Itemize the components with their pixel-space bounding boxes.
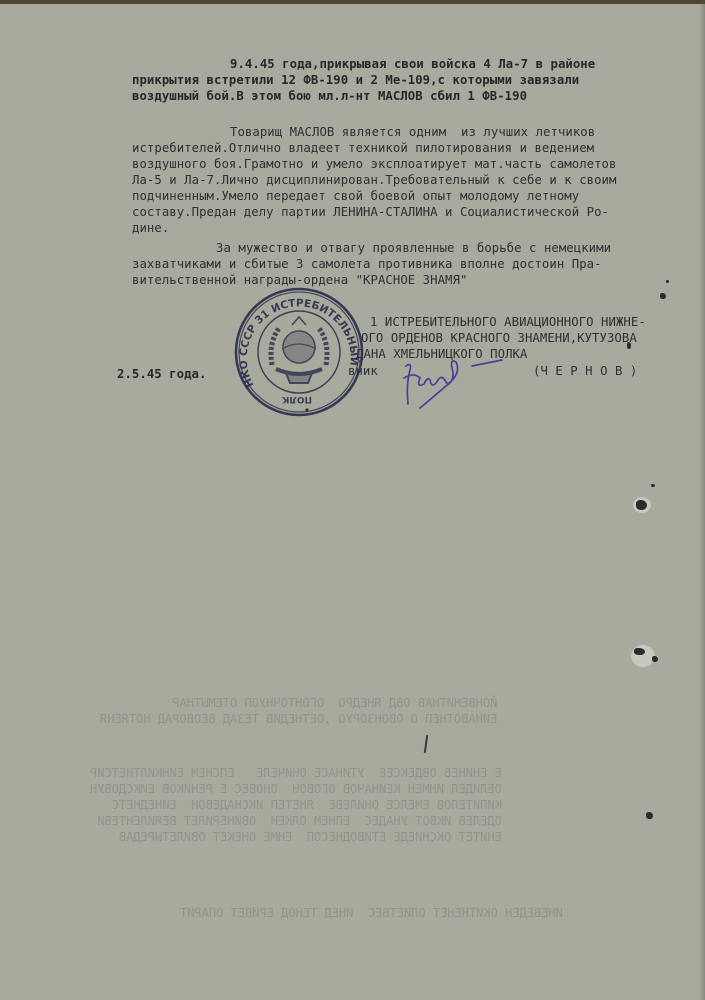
paragraph-2-line-6: составу.Предан делу партии ЛЕНИНА-СТАЛИН… <box>132 204 609 220</box>
punch-mark <box>666 280 669 283</box>
right-edge-shadow <box>699 0 705 1000</box>
bleed-through-text: ИНЕВЕДЕН ОКИТНЕНЕТ ОЛИЕТВЕС ИНЕД ТЕНОД Е… <box>180 905 563 921</box>
handwritten-signature-icon <box>398 356 538 412</box>
punch-hole <box>652 656 658 662</box>
paragraph-2-line-4: Ла-5 и Ла-7.Лично дисциплинирован.Требов… <box>132 172 616 188</box>
paragraph-1-line-1: 9.4.45 года,прикрывая свои войска 4 Ла-7… <box>230 56 595 72</box>
document-date: 2.5.45 года. <box>117 366 206 382</box>
paragraph-1-line-2: прикрытия встретили 12 ФВ-190 и 2 Ме-109… <box>132 72 579 88</box>
paragraph-2-line-2: истребителей.Отлично владеет техникой пи… <box>132 140 594 156</box>
punch-mark <box>660 293 666 299</box>
paragraph-2-line-5: подчиненным.Умело передает свой боевой о… <box>132 188 579 204</box>
punch-mark <box>627 342 631 349</box>
signer-name: (Ч Е Р Н О В ) <box>533 363 637 379</box>
paragraph-2-line-1: Товарищ МАСЛОВ является одним из лучших … <box>230 124 595 140</box>
paragraph-2-line-3: воздушного боя.Грамотно и умело эксплоат… <box>132 156 616 172</box>
bleed-through-text: Е ЕНИНЕВ ОВДЕКСЕЕ УТИНАСЕ ОНИЧЕЛЕ ЕПСНЕМ… <box>90 765 502 845</box>
bleed-through-text: ЙОНВЕНИТНАВ ОВД ЯНЕДРО ОГОНТОЧНУОП ОТЕМЫ… <box>100 695 497 727</box>
paragraph-1-line-3: воздушный бой.В этом бою мл.л-нт МАСЛОВ … <box>132 88 527 104</box>
document-page: ЙОНВЕНИТНАВ ОВД ЯНЕДРО ОГОНТОЧНУОП ОТЕМЫ… <box>0 0 705 1000</box>
punch-mark <box>646 812 653 819</box>
svg-text:ПОЛК: ПОЛК <box>281 394 312 404</box>
top-edge-shadow <box>0 0 705 4</box>
punch-hole <box>636 500 647 510</box>
pen-mark <box>424 735 428 753</box>
paragraph-2-line-7: дине. <box>132 220 169 236</box>
paragraph-3-line-2: захватчиками и сбитые 3 самолета противн… <box>132 256 602 272</box>
punch-mark <box>651 484 655 487</box>
signature-block-line-2: ОГО ОРДЕНОВ КРАСНОГО ЗНАМЕНИ,КУТУЗОВА <box>361 330 637 346</box>
paragraph-3-line-1: За мужество и отвагу проявленные в борьб… <box>216 240 611 256</box>
paragraph-3-line-3: вительственной награды-ордена "КРАСНОЕ З… <box>132 272 467 288</box>
punch-hole <box>634 648 645 655</box>
official-stamp-icon: НКО СССР 31 ИСТРЕБИТЕЛЬНЫЙ АВИАЦИОННЫЙ П… <box>232 287 366 417</box>
signature-block-line-1: 1 ИСТРЕБИТЕЛЬНОГО АВИАЦИОННОГО НИЖНЕ- <box>370 314 646 330</box>
